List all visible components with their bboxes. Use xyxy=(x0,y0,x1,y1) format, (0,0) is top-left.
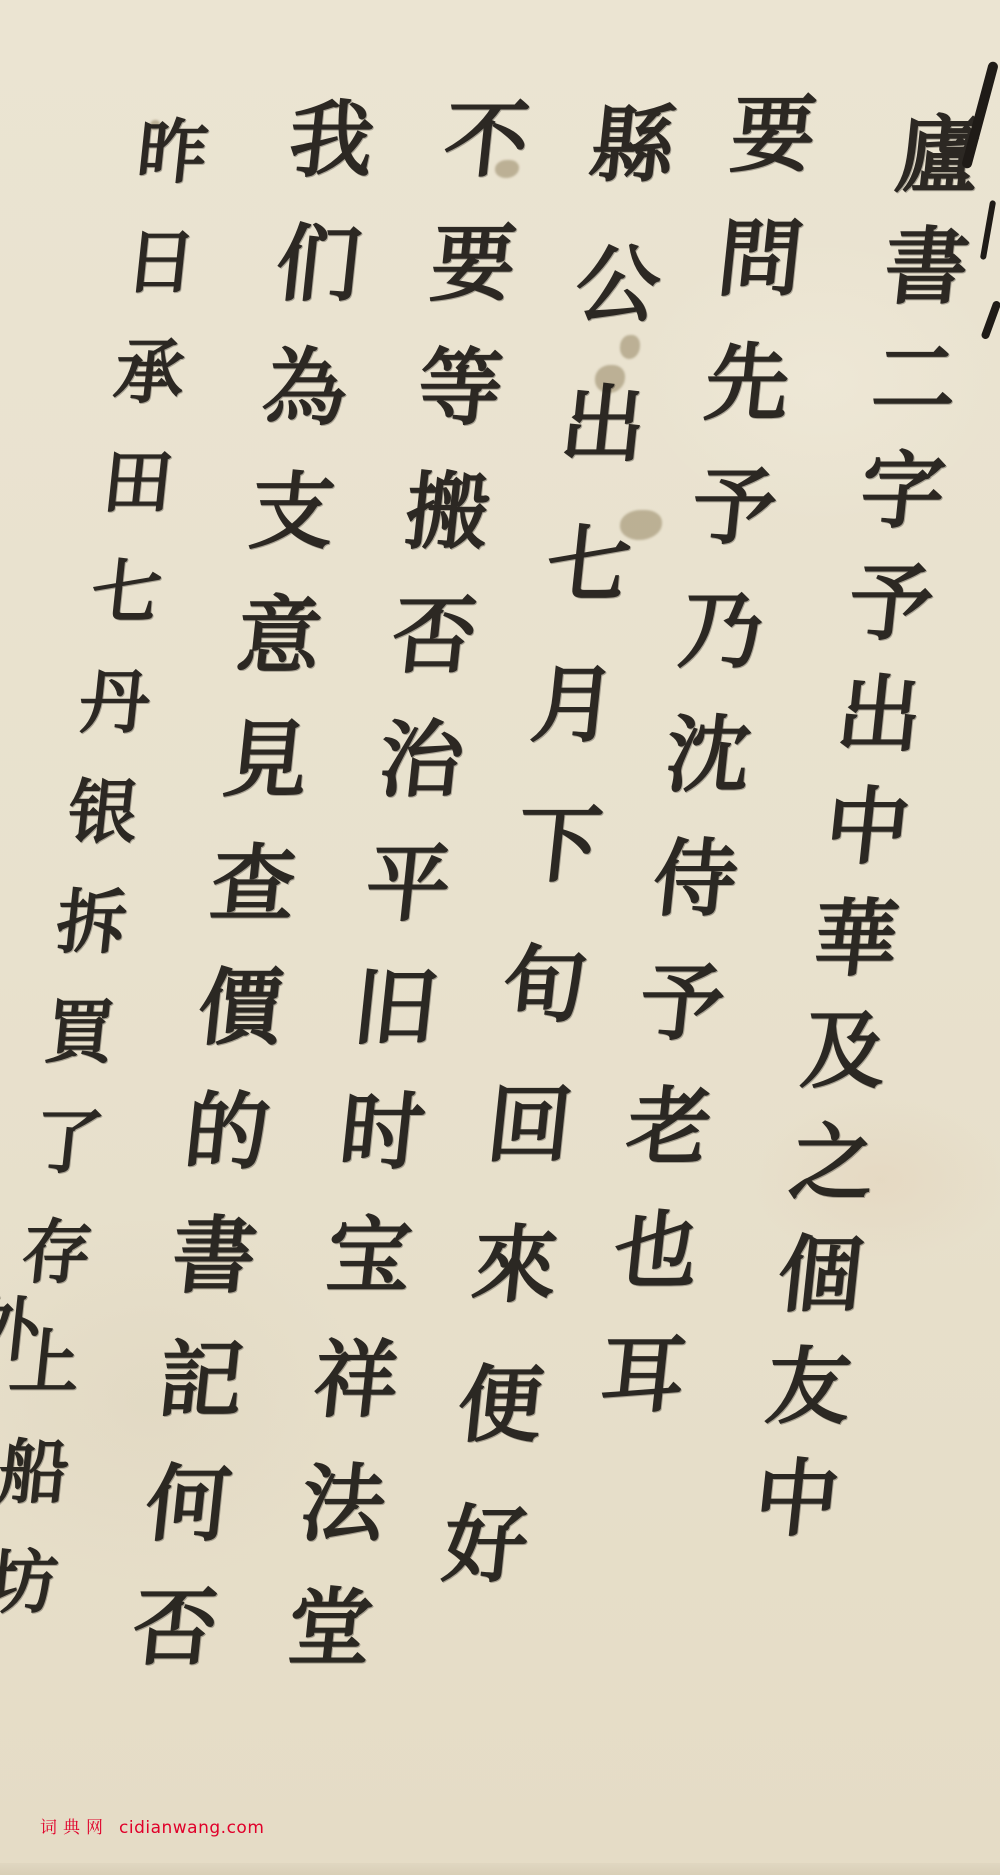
calligraphy-glyph: 外 xyxy=(0,1295,44,1365)
watermark-domain: cidianwang.com xyxy=(119,1818,264,1838)
calligraphy-scroll: 廬書二字予出中華及之個友中 要問先予乃沈侍予老也耳 縣公出七月下旬回來便好 不要… xyxy=(0,0,1000,1875)
calligraphy-column-2: 廬書二字予出中華及之個友中 xyxy=(805,110,915,1566)
watermark-chinese: 词典网 xyxy=(40,1818,109,1838)
watermark: 词典网cidianwang.com xyxy=(40,1813,264,1838)
calligraphy-column-3: 要問先予乃沈侍予老也耳 xyxy=(645,90,755,1454)
paper-edge xyxy=(0,1863,1000,1875)
calligraphy-column-4: 縣公出七月下旬回來便好 xyxy=(495,100,605,1640)
calligraphy-column-6: 我们為支意見查價的書記何否 xyxy=(190,95,300,1707)
calligraphy-column-8-partial: 外 xyxy=(0,1295,40,1365)
calligraphy-column-7: 昨日承田七丹银拆買了存上船坊 xyxy=(35,115,145,1655)
calligraphy-column-5: 不要等搬否治平旧时宝祥法堂 xyxy=(345,95,455,1707)
partial-column-strokes xyxy=(965,60,1000,360)
